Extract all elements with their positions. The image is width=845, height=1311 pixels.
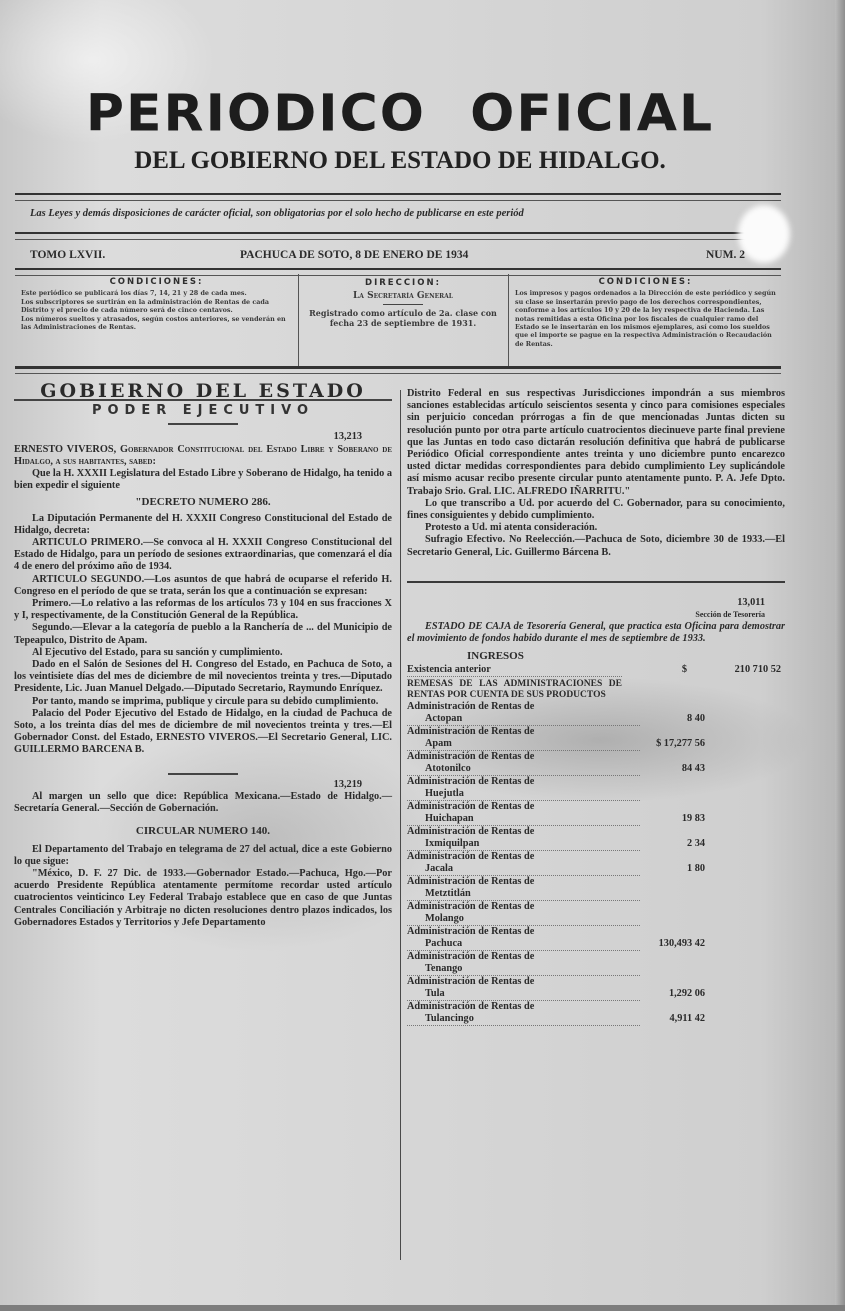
ledger-row-label: Administración de Rentas de — [407, 750, 785, 763]
ledger-amount: 8 40 — [640, 713, 705, 726]
body-paragraph: Protesto a Ud. mi atenta consideración. — [407, 522, 785, 534]
direction-divider — [383, 304, 423, 305]
treasury-department: Sección de Tesorería — [407, 609, 785, 621]
ledger-row-label: Administración de Rentas de — [407, 975, 785, 988]
ledger-label: Administración de Rentas de — [407, 825, 640, 838]
ledger-place: Jacala — [407, 863, 640, 876]
ledger-place: Actopan — [407, 713, 640, 726]
volume-number: TOMO LXVII. — [30, 249, 105, 261]
ledger-amount: 1,292 06 — [640, 988, 705, 1001]
ledger-amount — [640, 788, 705, 801]
ledger-amount — [640, 888, 705, 901]
conditions-left-line: Este periódico se publicará los días 7, … — [21, 289, 292, 297]
ledger-row: Tenango — [407, 963, 785, 976]
body-paragraph: Por tanto, mando se imprima, publique y … — [14, 696, 392, 708]
ledger-row: Molango — [407, 913, 785, 926]
ledger-row-label: Administración de Rentas de — [407, 875, 785, 888]
ledger-row-label: Administración de Rentas de — [407, 825, 785, 838]
treasury-intro: ESTADO DE CAJA de Tesorería General, que… — [407, 621, 785, 645]
decree-reference: 13,213 — [14, 431, 392, 443]
masthead-rule-top — [15, 193, 781, 201]
remesas-table: Administración de Rentas deActopan8 40Ad… — [407, 701, 785, 1026]
ledger-place: Tulancingo — [407, 1013, 640, 1026]
ledger-amount: 19 83 — [640, 813, 705, 826]
masthead: PERIODICO OFICIAL DEL GOBIERNO DEL ESTAD… — [18, 86, 782, 176]
body-paragraph: ARTICULO PRIMERO.—Se convoca al H. XXXII… — [14, 537, 392, 574]
ledger-table: Existencia anterior $ 210 710 52 REMESAS… — [407, 664, 785, 701]
ledger-label: Administración de Rentas de — [407, 975, 640, 988]
right-column: Distrito Federal en sus respectivas Juri… — [407, 388, 785, 1026]
direction-org: La Secretaría General — [306, 291, 500, 301]
masthead-subtitle: DEL GOBIERNO DEL ESTADO DE HIDALGO. — [18, 146, 782, 176]
ledger-amount: 1 80 — [640, 863, 705, 876]
direction-registration: Registrado como artículo de 2a. clase co… — [306, 308, 500, 328]
conditions-left-line: Los subscriptores se surtirán en la admi… — [21, 298, 292, 315]
ledger-currency: $ — [622, 664, 687, 677]
body-paragraph: Sufragio Efectivo. No Reelección.—Pachuc… — [407, 534, 785, 558]
circular-title: CIRCULAR NUMERO 140. — [14, 825, 392, 837]
ledger-row: Ixmiquilpan2 34 — [407, 838, 785, 851]
issue-number: NUM. 2 — [706, 249, 745, 261]
masthead-title: PERIODICO OFICIAL — [18, 87, 782, 142]
ledger-row: Apam$ 17,277 56 — [407, 738, 785, 751]
ledger-label: Administración de Rentas de — [407, 701, 640, 713]
treasury-reference: 13,011 — [407, 597, 785, 609]
remesas-heading: REMESAS DE LAS ADMINISTRACIONES DE RENTA… — [407, 676, 622, 701]
body-paragraph: Segundo.—Elevar a la categoría de pueblo… — [14, 622, 392, 646]
conditions-divider — [508, 274, 509, 368]
section-heading: GOBIERNO DEL ESTADO — [14, 385, 392, 397]
page-edge-bottom — [0, 1305, 845, 1311]
conditions-left-heading: CONDICIONES: — [21, 278, 292, 286]
ledger-amount: 84 43 — [640, 763, 705, 776]
ledger-label: Administración de Rentas de — [407, 925, 640, 938]
ledger-row: Existencia anterior $ 210 710 52 — [407, 664, 785, 677]
ledger-row: Tula1,292 06 — [407, 988, 785, 1001]
body-paragraph: La Diputación Permanente del H. XXXII Co… — [14, 513, 392, 537]
ledger-place: Molango — [407, 913, 640, 926]
ledger-row: REMESAS DE LAS ADMINISTRACIONES DE RENTA… — [407, 676, 785, 701]
legislature-paragraph: Que la H. XXXII Legislatura del Estado L… — [14, 468, 392, 492]
body-paragraph: ARTICULO SEGUNDO.—Los asuntos de que hab… — [14, 574, 392, 598]
conditions-right-heading: CONDICIONES: — [515, 278, 776, 286]
ledger-place: Huichapan — [407, 813, 640, 826]
conditions-rule-bottom — [15, 366, 781, 374]
newspaper-page: PERIODICO OFICIAL DEL GOBIERNO DEL ESTAD… — [0, 0, 845, 1311]
ledger-place: Atotonilco — [407, 763, 640, 776]
decree-title: "DECRETO NUMERO 286. — [14, 496, 392, 508]
ledger-row-label: Administración de Rentas de — [407, 775, 785, 788]
ledger-amount: 210 710 52 — [687, 664, 785, 677]
body-paragraph: Dado en el Salón de Sesiones del H. Cong… — [14, 659, 392, 696]
conditions-divider — [298, 274, 299, 368]
ledger-label: Administración de Rentas de — [407, 725, 640, 738]
ingresos-heading: INGRESOS — [407, 650, 785, 662]
ledger-row: Tulancingo4,911 42 — [407, 1013, 785, 1026]
ledger-amount: 2 34 — [640, 838, 705, 851]
page-edge — [835, 0, 845, 1311]
ledger-row-label: Administración de Rentas de — [407, 725, 785, 738]
ledger-row: Huichapan19 83 — [407, 813, 785, 826]
section-divider — [168, 773, 238, 775]
ledger-label: Administración de Rentas de — [407, 775, 640, 788]
circular-continuation: Distrito Federal en sus respectivas Juri… — [407, 388, 785, 498]
ledger-label: Administración de Rentas de — [407, 875, 640, 888]
masthead-motto: Las Leyes y demás disposiciones de carác… — [30, 208, 740, 219]
place-date: PACHUCA DE SOTO, 8 DE ENERO DE 1934 — [240, 249, 468, 261]
ledger-place: Ixmiquilpan — [407, 838, 640, 851]
ledger-row-label: Administración de Rentas de — [407, 900, 785, 913]
section-subheading: PODER EJECUTIVO — [14, 405, 392, 417]
ledger-label: Administración de Rentas de — [407, 850, 640, 863]
circular-margin-note: Al margen un sello que dice: República M… — [14, 791, 392, 815]
circular-paragraph: El Departamento del Trabajo en telegrama… — [14, 844, 392, 868]
conditions-right: CONDICIONES: Los impresos y pagos ordena… — [509, 274, 782, 366]
ledger-amount — [640, 963, 705, 976]
ledger-row: Jacala1 80 — [407, 863, 785, 876]
ledger-label: Administración de Rentas de — [407, 950, 640, 963]
governor-intro: ERNESTO VIVEROS, Gobernador Constitucion… — [14, 444, 392, 468]
body-paragraph: Lo que transcribo a Ud. por acuerdo del … — [407, 498, 785, 522]
ledger-place: Apam — [407, 738, 640, 751]
ledger-amount — [640, 913, 705, 926]
ledger-label: Administración de Rentas de — [407, 750, 640, 763]
conditions-band: CONDICIONES: Este periódico se publicará… — [15, 274, 782, 366]
ledger-place: Metztitlán — [407, 888, 640, 901]
circular-reference: 13,219 — [14, 779, 392, 791]
body-paragraph: Primero.—Lo relativo a las reformas de l… — [14, 598, 392, 622]
conditions-left: CONDICIONES: Este periódico se publicará… — [15, 274, 298, 366]
circular-paragraph: "México, D. F. 27 Dic. de 1933.—Gobernad… — [14, 868, 392, 929]
ledger-place: Tula — [407, 988, 640, 1001]
ledger-row: Huejutla — [407, 788, 785, 801]
issue-info-line: TOMO LXVII. PACHUCA DE SOTO, 8 DE ENERO … — [30, 249, 770, 265]
ledger-amount: $ 17,277 56 — [640, 738, 705, 751]
ledger-amount: 130,493 42 — [640, 938, 705, 951]
direction-heading: DIRECCION: — [306, 278, 500, 288]
ledger-amount: 4,911 42 — [640, 1013, 705, 1026]
body-paragraph: Al Ejecutivo del Estado, para su sanción… — [14, 647, 392, 659]
ledger-row-label: Administración de Rentas de — [407, 850, 785, 863]
ledger-label: Administración de Rentas de — [407, 1000, 640, 1013]
ledger-place: Huejutla — [407, 788, 640, 801]
ledger-label: Administración de Rentas de — [407, 900, 640, 913]
ledger-row: Pachuca130,493 42 — [407, 938, 785, 951]
ledger-row-label: Administración de Rentas de — [407, 1000, 785, 1013]
ledger-row: Actopan8 40 — [407, 713, 785, 726]
body-paragraph: Palacio del Poder Ejecutivo del Estado d… — [14, 708, 392, 757]
ledger-label: Existencia anterior — [407, 664, 622, 677]
ledger-row-label: Administración de Rentas de — [407, 701, 785, 713]
ledger-label: Administración de Rentas de — [407, 800, 640, 813]
ledger-row: Atotonilco84 43 — [407, 763, 785, 776]
ledger-row: Metztitlán — [407, 888, 785, 901]
masthead-rule-middle — [15, 232, 781, 240]
column-separator — [400, 390, 401, 1260]
direction-box: DIRECCION: La Secretaría General Registr… — [300, 274, 506, 366]
ledger-row-label: Administración de Rentas de — [407, 950, 785, 963]
ledger-place: Pachuca — [407, 938, 640, 951]
conditions-right-line: Los impresos y pagos ordenados a la Dire… — [515, 289, 776, 348]
section-rule — [407, 581, 785, 583]
ledger-place: Tenango — [407, 963, 640, 976]
subheading-rule — [168, 423, 238, 425]
ledger-row-label: Administración de Rentas de — [407, 800, 785, 813]
left-column: GOBIERNO DEL ESTADO PODER EJECUTIVO 13,2… — [14, 385, 392, 929]
ledger-row-label: Administración de Rentas de — [407, 925, 785, 938]
conditions-left-line: Los números sueltos y atrasados, según c… — [21, 315, 292, 332]
